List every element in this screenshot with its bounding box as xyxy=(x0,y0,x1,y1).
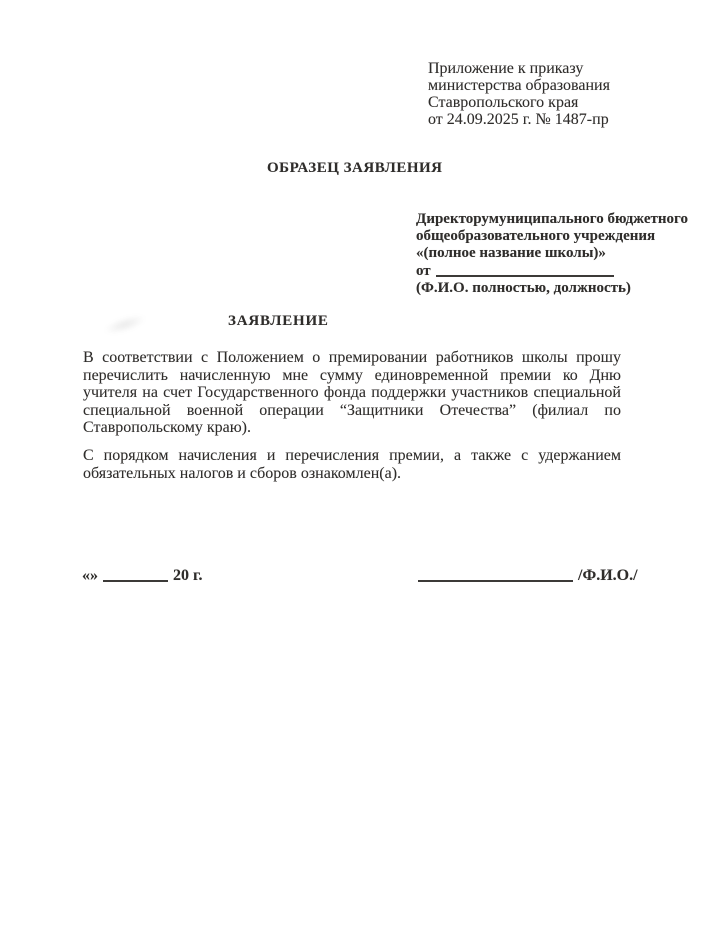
order-reference-line: Приложение к приказу xyxy=(428,60,610,77)
from-label: от xyxy=(416,263,431,279)
body-paragraph-1: В соответствии с Положением о премирован… xyxy=(83,349,621,437)
body-paragraph-line: С порядком начисления и перечисления пре… xyxy=(83,447,621,465)
body-paragraph-line: Ставропольскому краю). xyxy=(83,419,621,437)
statement-title: ЗАЯВЛЕНИЕ xyxy=(228,313,329,330)
body-paragraph-2: С порядком начисления и перечисления пре… xyxy=(83,447,621,482)
addressee-block: Директорумуниципального бюджетного общео… xyxy=(416,211,688,297)
order-reference-line: министерства образования xyxy=(428,77,610,94)
date-line: «»20 г. xyxy=(82,567,202,585)
signature-name-label: /Ф.И.О./ xyxy=(578,567,638,584)
addressee-line: Директорумуниципального бюджетного xyxy=(416,211,688,228)
from-blank-line xyxy=(436,264,614,277)
addressee-line: общеобразовательного учреждения xyxy=(416,228,688,245)
signature-line: /Ф.И.О./ xyxy=(418,567,638,585)
addressee-from-line: от xyxy=(416,262,688,280)
date-year-label: 20 г. xyxy=(173,567,202,584)
order-reference: Приложение к приказу министерства образо… xyxy=(428,60,610,128)
date-opening-quotes: «» xyxy=(82,567,98,584)
body-paragraph-line: специальной военной операции “Защитники … xyxy=(83,402,621,420)
date-blank-line xyxy=(103,569,168,582)
sample-title: ОБРАЗЕЦ ЗАЯВЛЕНИЯ xyxy=(267,160,443,177)
scan-smudge xyxy=(102,311,148,339)
signature-blank-line xyxy=(418,569,573,582)
body-paragraph-line: В соответствии с Положением о премирован… xyxy=(83,349,621,367)
order-reference-line: от 24.09.2025 г. № 1487-пр xyxy=(428,111,610,128)
document-page: Приложение к приказу министерства образо… xyxy=(0,0,714,936)
body-paragraph-line: учителя на счет Государственного фонда п… xyxy=(83,384,621,402)
signature-row: «»20 г. /Ф.И.О./ xyxy=(0,567,714,593)
addressee-line: «(полное название школы)» xyxy=(416,245,688,262)
body-paragraph-line: обязательных налогов и сборов ознакомлен… xyxy=(83,465,621,483)
order-reference-line: Ставропольского края xyxy=(428,94,610,111)
from-hint: (Ф.И.О. полностью, должность) xyxy=(416,280,688,297)
body-paragraph-line: перечислить начисленную мне сумму единов… xyxy=(83,367,621,385)
